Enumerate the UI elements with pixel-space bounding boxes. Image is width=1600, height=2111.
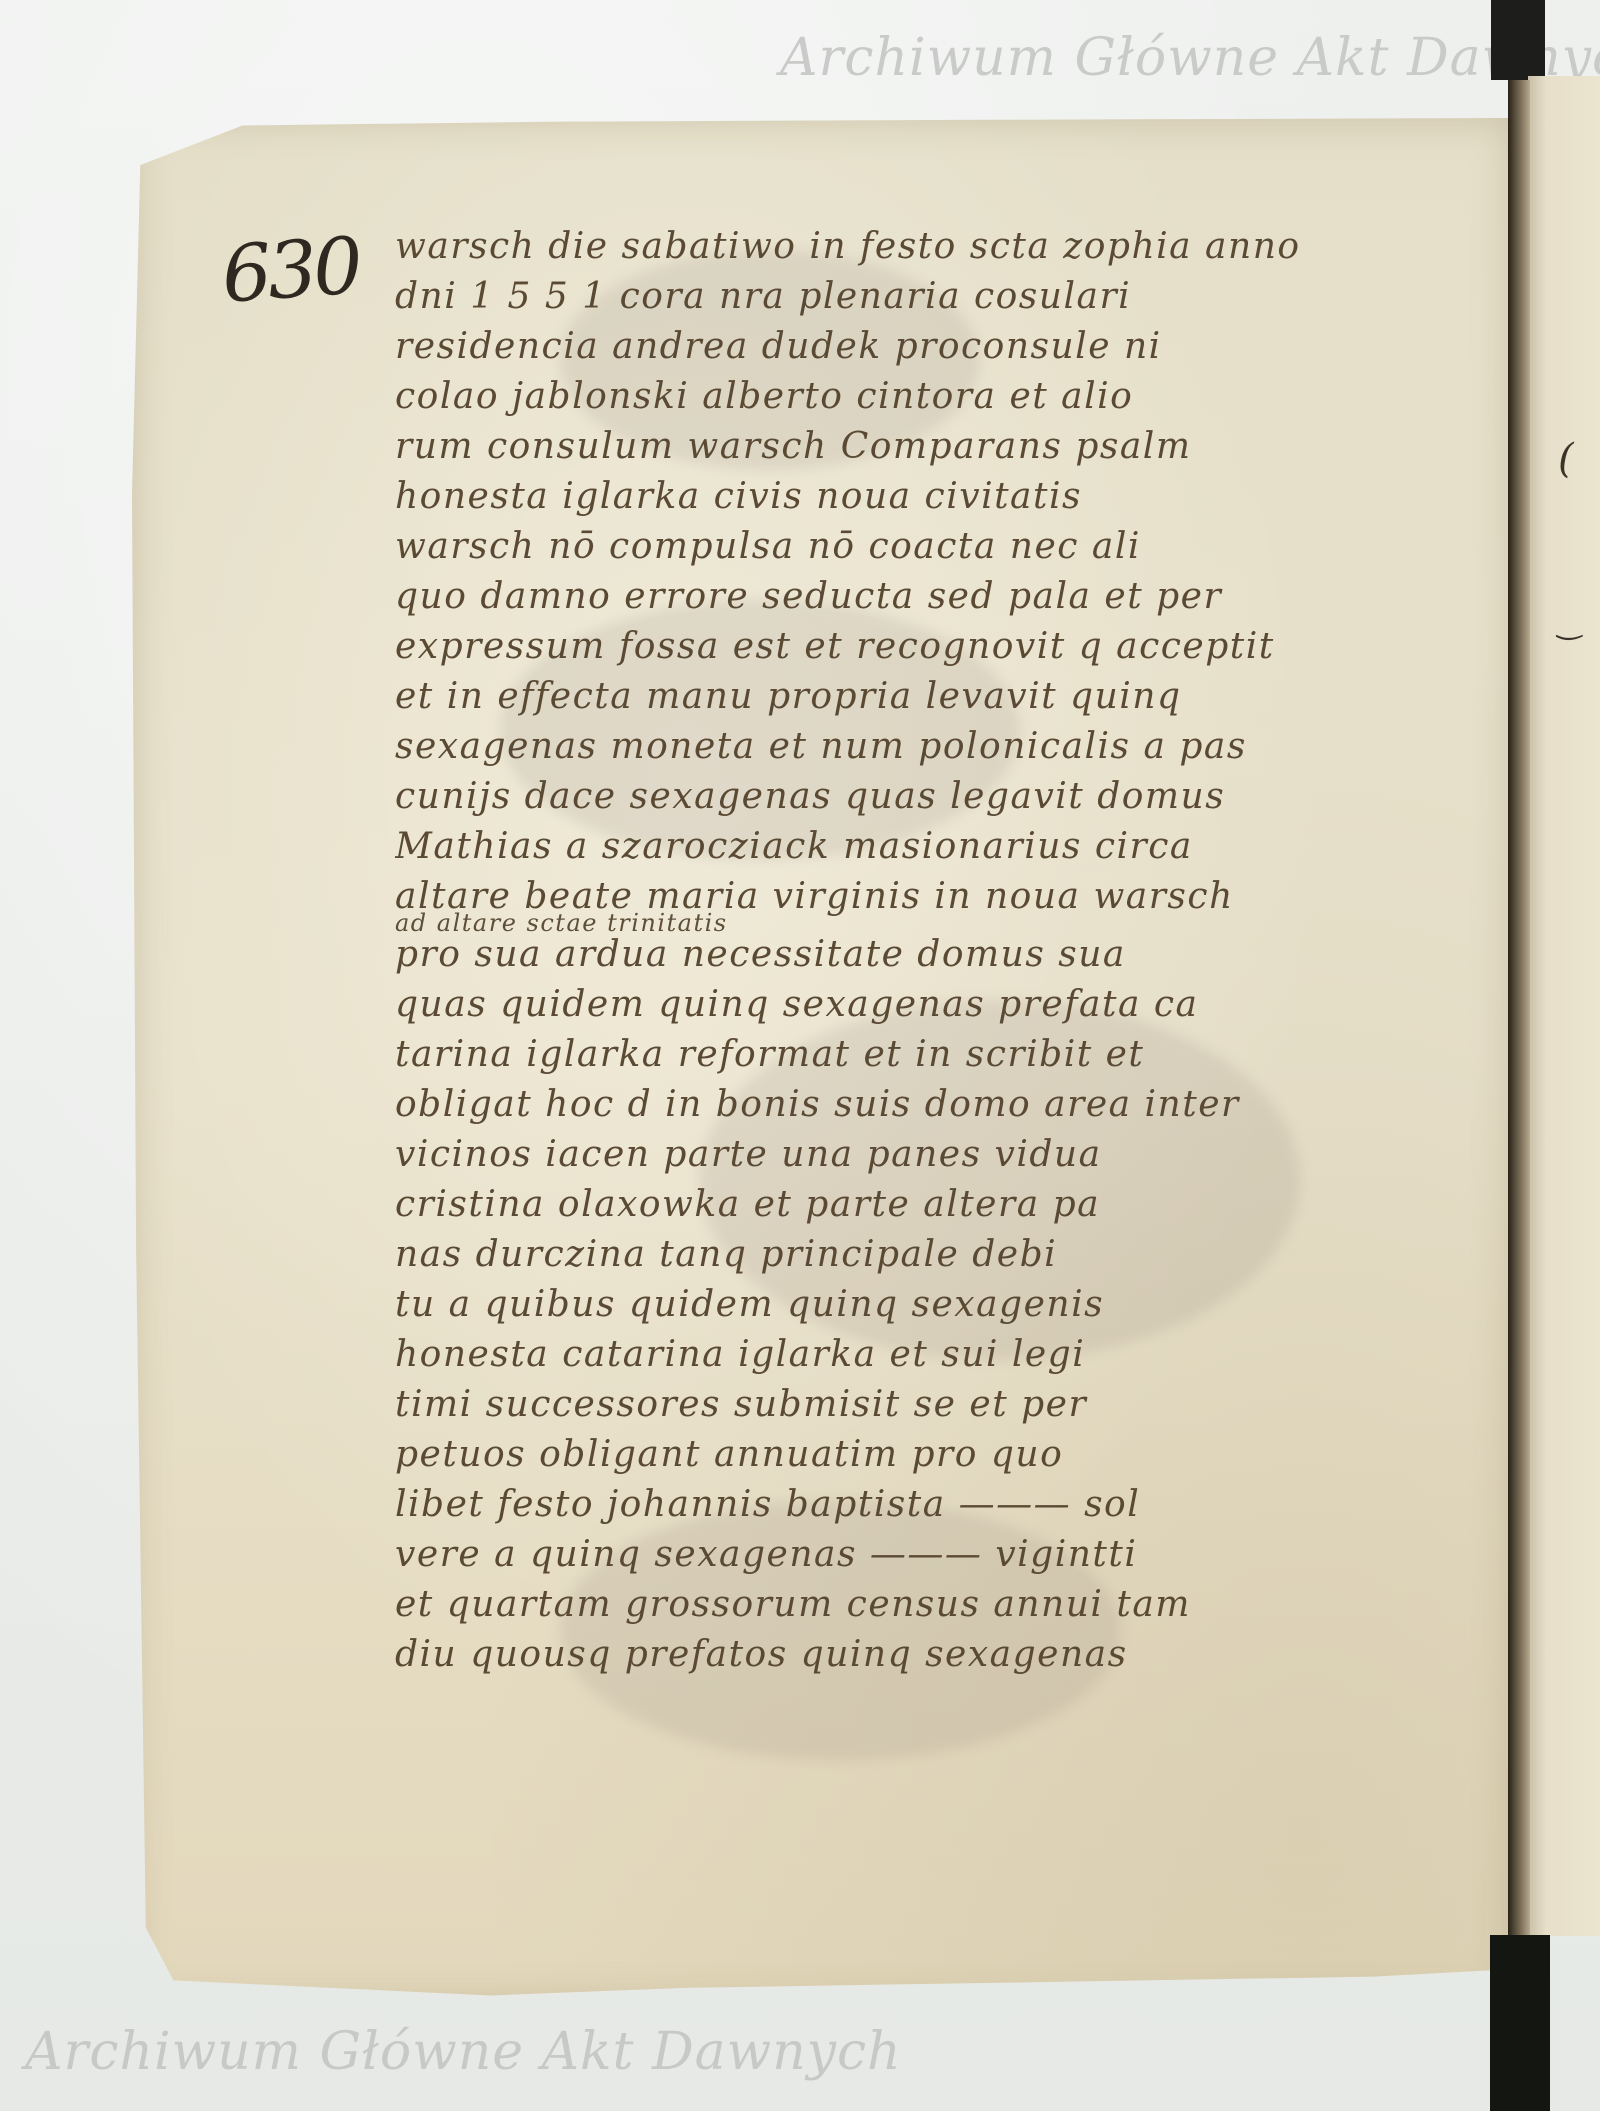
folio-number: 630 bbox=[219, 221, 362, 320]
facing-page-edge: ( ‿ bbox=[1528, 76, 1600, 1936]
manuscript-line: warsch die sabatiwo in festo scta zophia… bbox=[395, 222, 1515, 272]
manuscript-line: Mathias a szarocziack masionarius circa bbox=[395, 822, 1515, 872]
manuscript-text: warsch die sabatiwo in festo scta zophia… bbox=[395, 222, 1515, 1680]
manuscript-line: sexagenas moneta et num polonicalis a pa… bbox=[395, 722, 1515, 772]
archive-watermark-top: Archiwum Główne Akt Dawnych bbox=[780, 28, 1600, 88]
manuscript-line: vere a quinq sexagenas ——— vigintti bbox=[395, 1530, 1515, 1580]
manuscript-line: quo damno errore seducta sed pala et per bbox=[395, 572, 1515, 622]
manuscript-line: residencia andrea dudek proconsule ni bbox=[395, 322, 1515, 372]
manuscript-line: petuos obligant annuatim pro quo bbox=[395, 1430, 1515, 1480]
manuscript-line: nas durczina tanq principale debi bbox=[395, 1230, 1515, 1280]
manuscript-line: cunijs dace sexagenas quas legavit domus bbox=[395, 772, 1515, 822]
manuscript-line: dni 1 5 5 1 cora nra plenaria cosulari bbox=[395, 272, 1515, 322]
manuscript-line: libet festo johannis baptista ——— sol bbox=[395, 1480, 1515, 1530]
manuscript-line: vicinos iacen parte una panes vidua bbox=[395, 1130, 1515, 1180]
manuscript-line: et quartam grossorum census annui tam bbox=[395, 1580, 1515, 1630]
manuscript-line: quas quidem quinq sexagenas prefata ca bbox=[395, 980, 1515, 1030]
manuscript-line: warsch nō compulsa nō coacta nec ali bbox=[395, 522, 1515, 572]
binding-strip-top bbox=[1491, 0, 1545, 80]
manuscript-line: tu a quibus quidem quinq sexagenis bbox=[395, 1280, 1515, 1330]
manuscript-line: tarina iglarka reformat et in scribit et bbox=[395, 1030, 1515, 1080]
manuscript-line: honesta iglarka civis noua civitatis bbox=[395, 472, 1515, 522]
manuscript-line: expressum fossa est et recognovit q acce… bbox=[395, 622, 1515, 672]
manuscript-line: pro sua ardua necessitate domus sua bbox=[395, 930, 1515, 980]
manuscript-line: diu quousq prefatos quinq sexagenas bbox=[395, 1630, 1515, 1680]
archive-watermark-bottom: Archiwum Główne Akt Dawnych bbox=[25, 2022, 902, 2082]
manuscript-line: rum consulum warsch Comparans psalm bbox=[395, 422, 1515, 472]
manuscript-line: honesta catarina iglarka et sui legi bbox=[395, 1330, 1515, 1380]
facing-page-ink-mark: ( bbox=[1558, 436, 1574, 482]
facing-page-ink-mark: ‿ bbox=[1558, 606, 1582, 641]
manuscript-line: timi successores submisit se et per bbox=[395, 1380, 1515, 1430]
manuscript-line: et in effecta manu propria levavit quinq bbox=[395, 672, 1515, 722]
manuscript-line: colao jablonski alberto cintora et alio bbox=[395, 372, 1515, 422]
binding-strip-bottom bbox=[1490, 1935, 1550, 2111]
manuscript-line: obligat hoc d in bonis suis domo area in… bbox=[395, 1080, 1515, 1130]
manuscript-line: cristina olaxowka et parte altera pa bbox=[395, 1180, 1515, 1230]
